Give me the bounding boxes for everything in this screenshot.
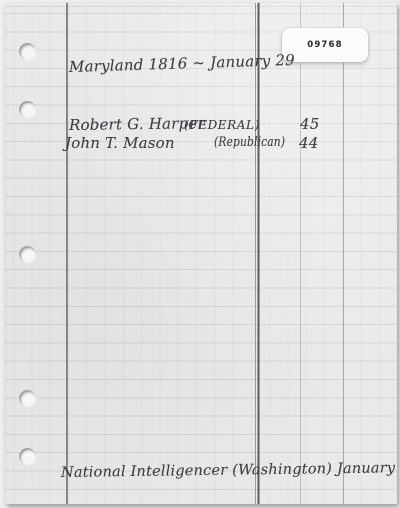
punch-hole — [19, 390, 36, 407]
ledger-page: 09768 Maryland 1816 ~ January 29 Robert … — [5, 3, 397, 504]
punch-hole — [19, 246, 36, 263]
scan-background: 09768 Maryland 1816 ~ January 29 Robert … — [0, 0, 400, 508]
candidate-votes: 44 — [299, 134, 319, 152]
candidate-party: (FEDERAL) — [184, 118, 260, 132]
votes-column-line — [300, 3, 301, 504]
catalog-number: 09768 — [307, 40, 343, 50]
source-citation: National Intelligencer (Washington) Janu… — [61, 459, 400, 481]
candidate-votes: 45 — [300, 115, 320, 133]
entry-title: Maryland 1816 ~ January 29 — [69, 51, 295, 76]
catalog-number-label: 09768 — [282, 28, 368, 62]
right-column-line — [343, 3, 344, 504]
center-divider-line — [255, 3, 260, 504]
candidate-party: (Republican) — [214, 135, 285, 150]
left-margin-line — [66, 3, 68, 504]
candidate-name: John T. Mason — [65, 134, 175, 152]
punch-hole — [19, 448, 36, 465]
punch-hole — [19, 43, 36, 60]
punch-hole — [19, 101, 36, 118]
